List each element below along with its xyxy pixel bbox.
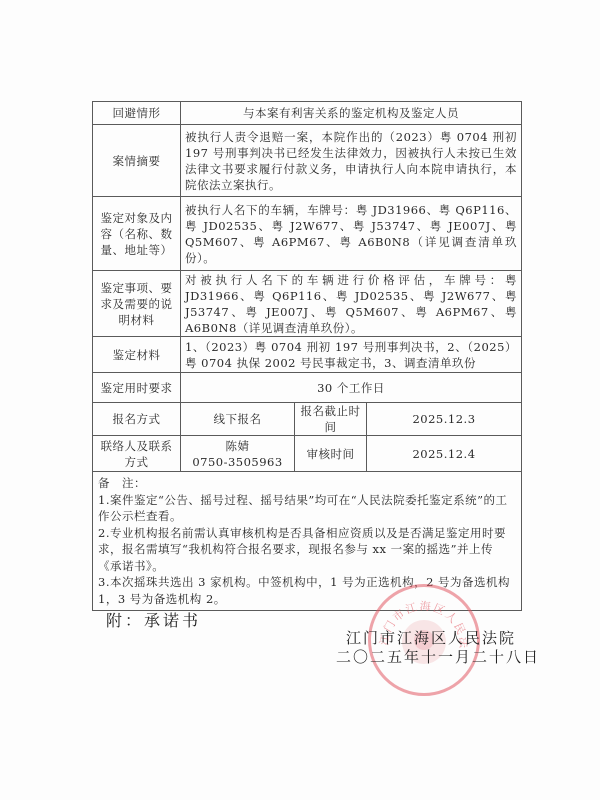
time-requirement-label: 鉴定用时要求 bbox=[93, 373, 181, 403]
row-appraisal-matters: 鉴定事项、要求及需要的说明材料 对被执行人名下的车辆进行价格评估，车牌号：粤 J… bbox=[93, 271, 522, 337]
signup-deadline-value: 2025.12.3 bbox=[367, 403, 522, 436]
attachment-note: 附：承诺书 bbox=[106, 608, 201, 631]
appraisal-materials-value: 1、（2023）粤 0704 刑初 197 号刑事判决书，2、（2025）粤 0… bbox=[181, 337, 522, 373]
row-time-requirement: 鉴定用时要求 30 个工作日 bbox=[93, 373, 522, 403]
review-time-label: 审核时间 bbox=[295, 436, 367, 472]
appraisal-matters-value: 对被执行人名下的车辆进行价格评估，车牌号：粤 JD31966、粤 Q6P116、… bbox=[181, 271, 522, 337]
row-case-summary: 案情摘要 被执行人责令退赔一案，本院作出的（2023）粤 0704 刑初 197… bbox=[93, 125, 522, 197]
case-summary-label: 案情摘要 bbox=[93, 125, 181, 197]
signup-deadline-label: 报名截止时间 bbox=[295, 403, 367, 436]
appraisal-object-label: 鉴定对象及内容（名称、数量、地址等） bbox=[93, 197, 181, 271]
appraisal-object-value: 被执行人名下的车辆，车牌号：粤 JD31966、粤 Q6P116、粤 JD025… bbox=[181, 197, 522, 271]
document-page: 回避情形 与本案有利害关系的鉴定机构及鉴定人员 案情摘要 被执行人责令退赔一案，… bbox=[0, 0, 600, 800]
appraisal-materials-label: 鉴定材料 bbox=[93, 337, 181, 373]
review-time-value: 2025.12.4 bbox=[367, 436, 522, 472]
note-item: 1.案件鉴定“公告、摇号过程、摇号结果”均可在“人民法院委托鉴定系统”的工作公示… bbox=[98, 492, 516, 525]
court-name: 江门市江海区人民法院 bbox=[336, 629, 566, 648]
avoidance-value: 与本案有利害关系的鉴定机构及鉴定人员 bbox=[181, 102, 522, 125]
time-requirement-value: 30 个工作日 bbox=[181, 373, 522, 403]
appraisal-matters-label: 鉴定事项、要求及需要的说明材料 bbox=[93, 271, 181, 337]
case-summary-value: 被执行人责令退赔一案，本院作出的（2023）粤 0704 刑初 197 号刑事判… bbox=[181, 125, 522, 197]
contact-phone: 0750-3505963 bbox=[185, 454, 290, 470]
signature-block: 江门市江海区人民法院 二〇二五年十一月二十八日 bbox=[336, 629, 566, 667]
row-appraisal-materials: 鉴定材料 1、（2023）粤 0704 刑初 197 号刑事判决书，2、（202… bbox=[93, 337, 522, 373]
row-signup: 报名方式 线下报名 报名截止时间 2025.12.3 bbox=[93, 403, 522, 436]
signup-method-label: 报名方式 bbox=[93, 403, 181, 436]
avoidance-label: 回避情形 bbox=[93, 102, 181, 125]
note-item: 2.专业机构报名前需认真审核机构是否具备相应资质以及是否满足鉴定用时要求，报名需… bbox=[98, 525, 516, 575]
contact-label: 联络人及联系方式 bbox=[93, 436, 181, 472]
row-appraisal-object: 鉴定对象及内容（名称、数量、地址等） 被执行人名下的车辆，车牌号：粤 JD319… bbox=[93, 197, 522, 271]
contact-name: 陈婧 bbox=[185, 438, 290, 454]
issue-date: 二〇二五年十一月二十八日 bbox=[336, 648, 566, 667]
contact-value: 陈婧 0750-3505963 bbox=[181, 436, 295, 472]
appraisal-announcement-table: 回避情形 与本案有利害关系的鉴定机构及鉴定人员 案情摘要 被执行人责令退赔一案，… bbox=[92, 101, 522, 611]
signup-method-value: 线下报名 bbox=[181, 403, 295, 436]
row-avoidance: 回避情形 与本案有利害关系的鉴定机构及鉴定人员 bbox=[93, 102, 522, 125]
notes-title: 备 注： bbox=[98, 475, 516, 492]
row-contact: 联络人及联系方式 陈婧 0750-3505963 审核时间 2025.12.4 bbox=[93, 436, 522, 472]
